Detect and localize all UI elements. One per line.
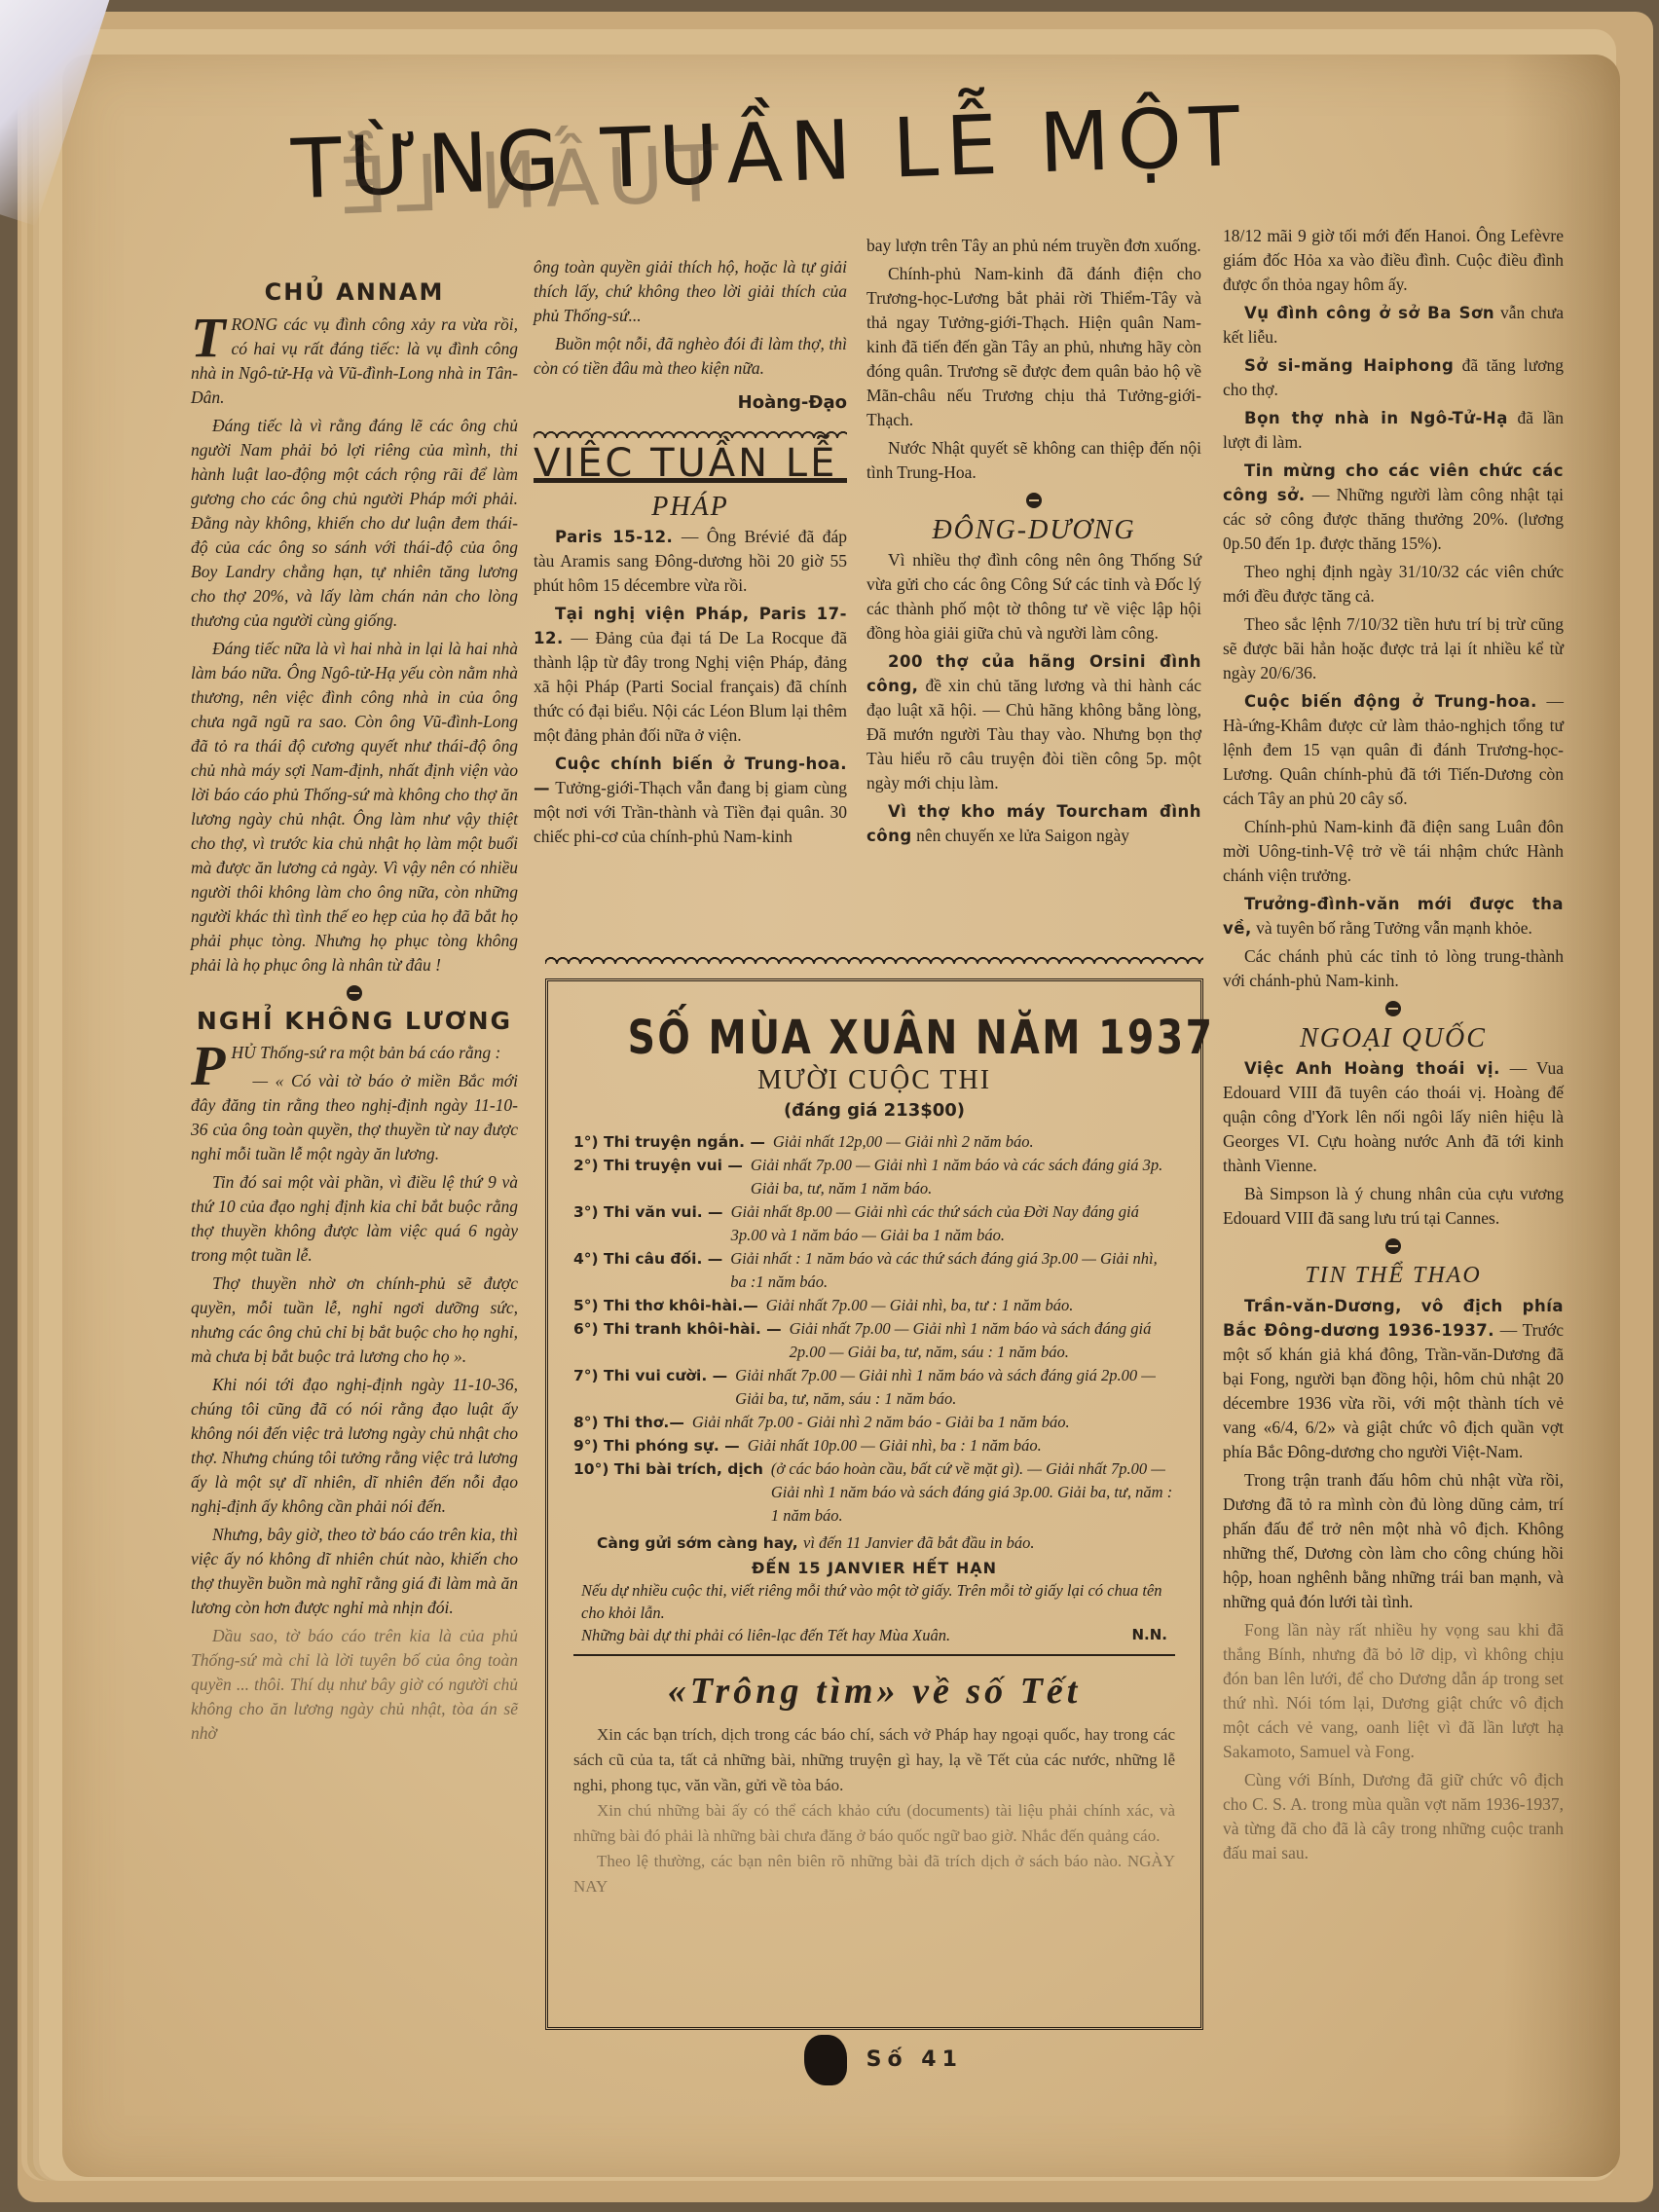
article-continuation: bay lượn trên Tây an phủ ném truyền đơn …: [866, 234, 1201, 258]
article-paragraph: Nước Nhật quyết sẽ không can thiệp đến n…: [866, 436, 1201, 485]
trong-tim-title: «Trông tìm» về số Tết: [573, 1670, 1175, 1713]
wavy-divider: [545, 954, 1203, 964]
article-paragraph: Các chánh phủ các tỉnh tỏ lòng trung-thà…: [1223, 944, 1564, 993]
section-bullet-icon: [347, 985, 362, 1001]
contest-box-title: SỐ MÙA XUÂN NĂM 1937: [628, 1011, 1122, 1065]
article-paragraph: Trong trận tranh đấu hôm chủ nhật vừa rồ…: [1223, 1468, 1564, 1614]
article-paragraph: Đáng tiếc nữa là vì hai nhà in lại là ha…: [191, 637, 518, 977]
author-signature: Hoàng-Đạo: [534, 390, 847, 415]
article-paragraph: Theo sắc lệnh 7/10/32 tiền hưu trí bị tr…: [1223, 612, 1564, 685]
contest-deadline: ĐẾN 15 JANVIER HẾT HẠN: [573, 1559, 1175, 1577]
subsection-title-ngoai-quoc: NGOẠI QUỐC: [1223, 1026, 1564, 1051]
article-paragraph: Theo nghị định ngày 31/10/32 các viên ch…: [1223, 560, 1564, 608]
news-item: Bọn thợ nhà in Ngô-Tử-Hạ đã lần lượt đi …: [1223, 406, 1564, 455]
news-item: Cuộc chính biến ở Trung-hoa.— Tưởng-giới…: [534, 752, 847, 849]
news-item: Tại nghị viện Pháp, Paris 17-12. — Đảng …: [534, 602, 847, 748]
wavy-divider: [534, 428, 847, 438]
article-paragraph: Chính-phủ Nam-kinh đã điện sang Luân đôn…: [1223, 815, 1564, 888]
contest-item: 10°) Thi bài trích, dịch(ở các báo hoàn …: [573, 1457, 1175, 1528]
quote-paragraph: Thợ thuyền nhờ ơn chính-phủ sẽ được quyề…: [191, 1272, 518, 1369]
article-paragraph: Bà Simpson là ý chung nhân của cựu vương…: [1223, 1182, 1564, 1231]
article-paragraph: Vì nhiều thợ đình công nên ông Thống Sứ …: [866, 548, 1201, 645]
article-continuation: ông toàn quyền giải thích hộ, hoặc là tự…: [534, 255, 847, 328]
contest-item: 2°) Thi truyện vui —Giải nhất 7p.00 — Gi…: [573, 1154, 1175, 1200]
news-item: Vụ đình công ở sở Ba Sơn vẫn chưa kết li…: [1223, 301, 1564, 350]
trong-tim-body: Xin các bạn trích, dịch trong các báo ch…: [573, 1722, 1175, 1899]
contest-item: 9°) Thi phóng sự. —Giải nhất 10p.00 — Gi…: [573, 1434, 1175, 1457]
article-paragraph: Khi nói tới đạo nghị-định ngày 11-10-36,…: [191, 1373, 518, 1519]
news-item: Vì thợ kho máy Tourcham đình công nên ch…: [866, 799, 1201, 848]
contest-item: 1°) Thi truyện ngắn. —Giải nhất 12p,00 —…: [573, 1130, 1175, 1154]
page-number: Số 41: [866, 2047, 963, 2072]
column-3: bay lượn trên Tây an phủ ném truyền đơn …: [866, 234, 1201, 852]
subsection-title-dong-duong: ĐÔNG-DƯƠNG: [866, 518, 1201, 542]
article-lead: TRONG các vụ đình công xảy ra vừa rồi, c…: [191, 313, 518, 410]
column-1: CHỦ ANNAM TRONG các vụ đình công xảy ra …: [191, 275, 518, 1750]
news-item: Trần-văn-Dương, vô địch phía Bắc Đông-dư…: [1223, 1294, 1564, 1464]
dropcap: P: [191, 1043, 225, 1089]
section-title-viec-tuan-le: VIÊC TUẦN LỄ: [534, 452, 847, 483]
contest-item: 3°) Thi văn vui. —Giải nhất 8p.00 — Giải…: [573, 1200, 1175, 1247]
article-paragraph: Dầu sao, tờ báo cáo trên kia là của phủ …: [191, 1624, 518, 1746]
quote-paragraph: Tin đó sai một vài phần, vì điều lệ thứ …: [191, 1170, 518, 1268]
subsection-title-phap: PHÁP: [534, 495, 847, 519]
box-divider: [573, 1654, 1175, 1656]
contest-rules: Nếu dự nhiều cuộc thi, viết riêng mỗi th…: [573, 1579, 1175, 1646]
news-item: Cuộc biến động ở Trung-hoa. — Hà-ứng-Khâ…: [1223, 689, 1564, 811]
contest-item: 4°) Thi câu đối. —Giải nhất : 1 năm báo …: [573, 1247, 1175, 1294]
quote-paragraph: — « Có vài tờ báo ở miền Bắc mới đây đăn…: [191, 1069, 518, 1166]
article-paragraph: Đáng tiếc là vì rằng đáng lẽ các ông chủ…: [191, 414, 518, 633]
rules-signature: N.N.: [1131, 1624, 1167, 1646]
spring-issue-contest-box: SỐ MÙA XUÂN NĂM 1937 MƯỜI CUỘC THI (đáng…: [545, 978, 1203, 2030]
masthead-bleed-through: TUẦN LỄ: [329, 129, 720, 233]
subsection-title-tin-the-thao: TIN THỂ THAO: [1223, 1264, 1564, 1288]
article-paragraph: Fong lần này rất nhiều hy vọng sau khi đ…: [1223, 1618, 1564, 1764]
news-item: Tin mừng cho các viên chức các công sở. …: [1223, 459, 1564, 556]
contest-item: 5°) Thi thơ khôi-hài.—Giải nhất 7p.00 — …: [573, 1294, 1175, 1317]
article-paragraph: Cùng với Bính, Dương đã giữ chức vô địch…: [1223, 1768, 1564, 1865]
section-bullet-icon: [1385, 1001, 1401, 1016]
news-item: Sở si-măng Haiphong đã tăng lương cho th…: [1223, 353, 1564, 402]
article-lead: PHỦ Thống-sứ ra một bản bá cáo rằng :: [191, 1041, 518, 1065]
contest-box-subtitle: MƯỜI CUỘC THI: [573, 1065, 1175, 1096]
article-heading-nghi-khong-luong: NGHỈ KHÔNG LƯƠNG: [191, 1009, 518, 1033]
section-bullet-icon: [1385, 1238, 1401, 1254]
contest-total-value: (đáng giá 213$00): [573, 1100, 1175, 1121]
news-item: Paris 15-12. — Ông Brévié đã đáp tàu Ara…: [534, 525, 847, 598]
article-continuation: 18/12 mãi 9 giờ tối mới đến Hanoi. Ông L…: [1223, 224, 1564, 297]
contest-item: 8°) Thi thơ.—Giải nhất 7p.00 - Giải nhì …: [573, 1411, 1175, 1434]
dropcap: T: [191, 314, 225, 361]
news-item: 200 thợ của hãng Orsini đình công, đề xi…: [866, 649, 1201, 795]
column-2: ông toàn quyền giải thích hộ, hoặc là tự…: [534, 255, 847, 853]
news-item: Trưởng-đình-văn mới được tha về, và tuyê…: [1223, 892, 1564, 940]
contest-submission-note: Càng gửi sớm càng hay, vì đến 11 Janvier…: [597, 1533, 1175, 1553]
page-footer: Số 41: [798, 2035, 963, 2085]
ink-blot: [804, 2035, 847, 2085]
contest-item: 7°) Thi vui cười. —Giải nhất 7p.00 — Giả…: [573, 1364, 1175, 1411]
news-item: Việc Anh Hoàng thoái vị. — Vua Edouard V…: [1223, 1056, 1564, 1178]
column-4: 18/12 mãi 9 giờ tối mới đến Hanoi. Ông L…: [1223, 224, 1564, 1869]
article-paragraph: Nhưng, bây giờ, theo tờ báo cáo trên kia…: [191, 1523, 518, 1620]
article-paragraph: Chính-phủ Nam-kinh đã đánh điện cho Trươ…: [866, 262, 1201, 432]
article-paragraph: Buồn một nỗi, đã nghèo đói đi làm thợ, t…: [534, 332, 847, 381]
contest-item: 6°) Thi tranh khôi-hài. —Giải nhất 7p.00…: [573, 1317, 1175, 1364]
section-bullet-icon: [1026, 493, 1042, 508]
article-heading-chu-annam: CHỦ ANNAM: [191, 280, 518, 305]
